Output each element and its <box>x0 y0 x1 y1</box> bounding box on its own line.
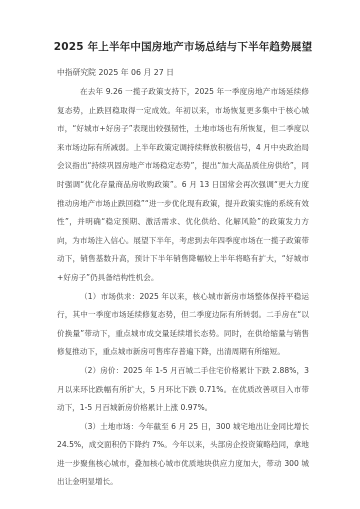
paragraph-land-market: （3）土地市场：今年截至 6 月 25 日，300 城宅地出让金同比增长 24.… <box>57 418 309 492</box>
paragraph-market-overview: 在去年 9.26 一揽子政策支持下，2025 年一季度房地产市场延续修复态势，止… <box>57 83 309 288</box>
paragraph-housing-prices: （2）房价：2025 年 1-5 月百城二手住宅价格累计下跌 2.88%，3 月… <box>57 362 309 418</box>
document-title: 2025 年上半年中国房地产市场总结与下半年趋势展望 <box>46 40 320 54</box>
document-page: 2025 年上半年中国房地产市场总结与下半年趋势展望 中指研究院 2025 年 … <box>0 0 360 509</box>
document-byline: 中指研究院 2025 年 06 月 27 日 <box>57 67 309 78</box>
paragraph-supply-demand: （1）市场供求：2025 年以来，核心城市新房市场整体保持平稳运行，其中一季度市… <box>57 288 309 362</box>
document-body: 在去年 9.26 一揽子政策支持下，2025 年一季度房地产市场延续修复态势，止… <box>57 83 309 492</box>
